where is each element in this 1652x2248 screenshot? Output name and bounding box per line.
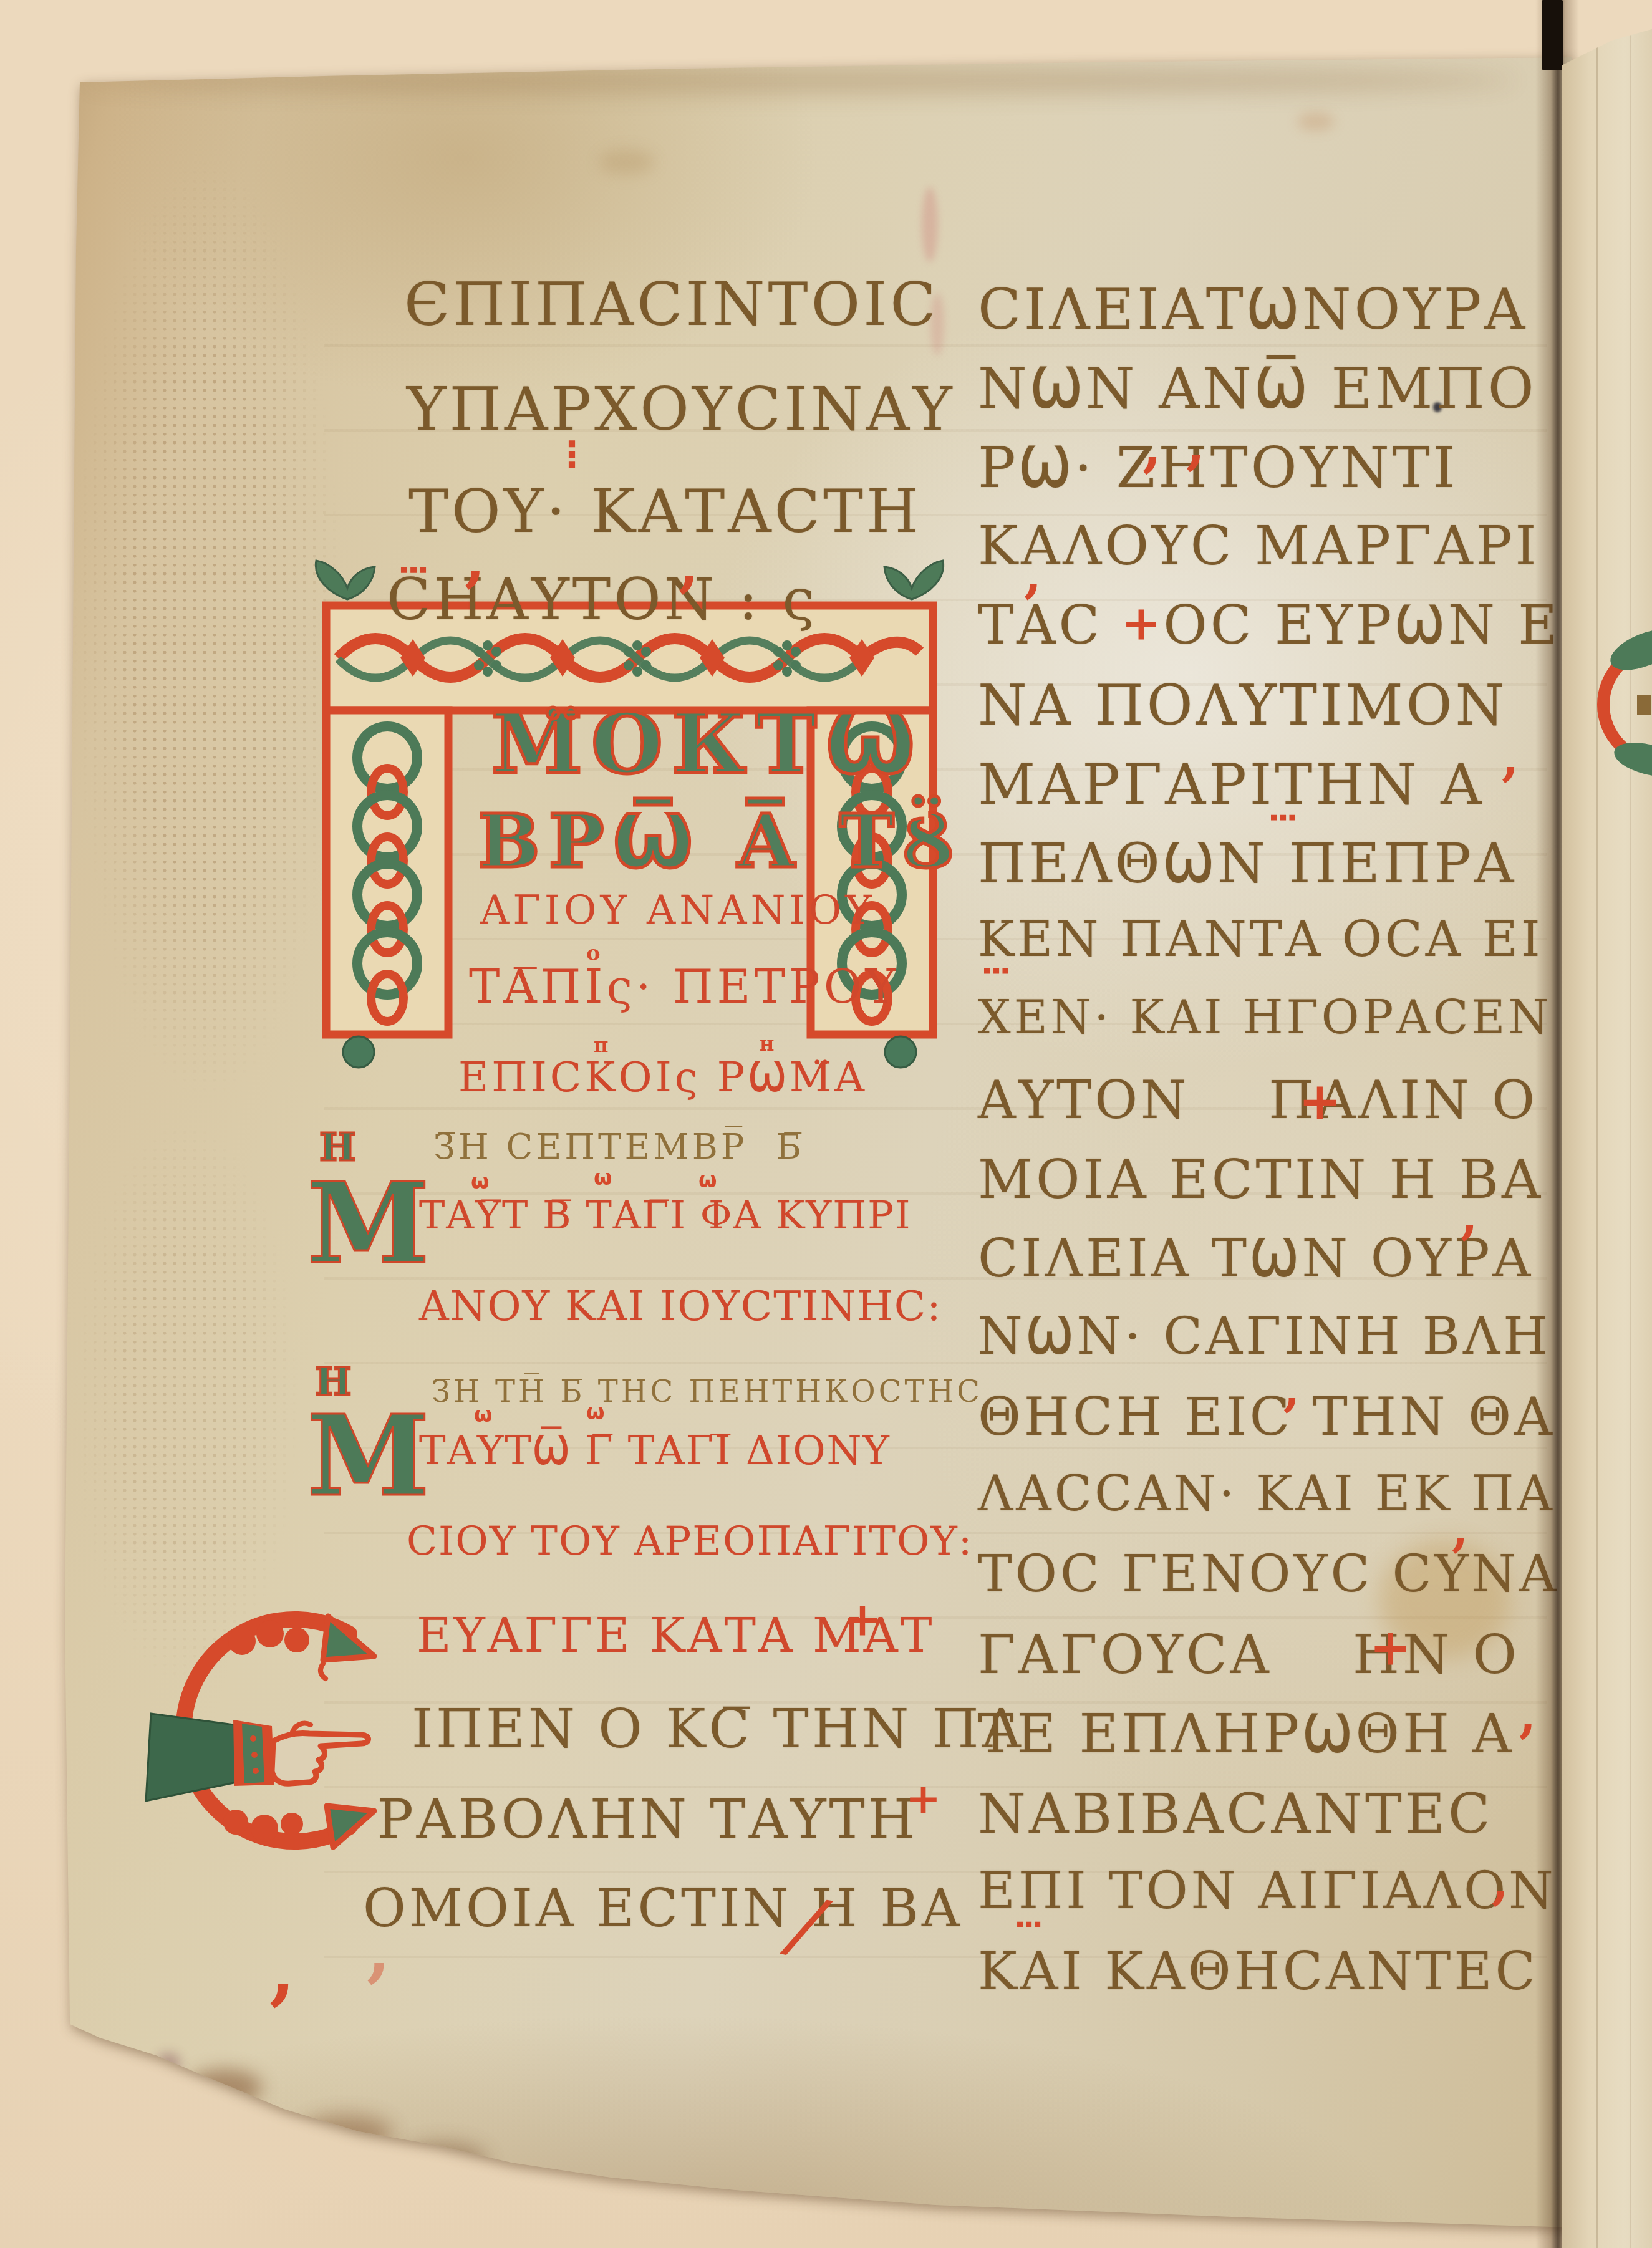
- scribal-mark: ѡ: [586, 1402, 605, 1423]
- text-line: ΥΠΑΡΧΟΥϹΙΝΑΥ: [407, 379, 955, 439]
- scribal-mark: о: [586, 943, 601, 964]
- text-line: ΕΠΙ ΤΟΝ ΑΙΓΙΑΛΟΝ: [978, 1866, 1557, 1917]
- text-line: ΡΑΒΟΛΗΝ ΤΑΥΤΗ: [377, 1793, 918, 1846]
- stain: [1297, 112, 1335, 131]
- stain: [342, 2150, 385, 2181]
- text-line: ЄΠΙΠΑϹΙΝΤΟΙϹ: [404, 274, 939, 334]
- text-line: ΛΑϹϹΑΝ· ΚΑΙ ΕΚ ΠΑ: [978, 1470, 1555, 1518]
- scribal-mark: ,: [1502, 733, 1519, 783]
- scribal-mark: ⋮: [554, 437, 590, 473]
- scribal-mark: ⋮: [980, 955, 1012, 987]
- text-line: ΙΠΕΝ Ο ΚϹ̅ ΤΗΝ ΠΑ: [412, 1702, 1024, 1756]
- headpiece-title-line1: М̈ОКТѠ: [491, 703, 924, 786]
- text-line: ΠΕΛΘѠΝ ΠΕΠΡΑ: [978, 836, 1517, 891]
- text-line: ΜΑΡΓΑΡΙΤΗΝ Α: [978, 757, 1484, 813]
- scribal-mark: п: [594, 1035, 608, 1055]
- text-line: ϹΙΛΕΙΑ ΤѠΝ ΟΥΡΑ: [978, 1232, 1534, 1285]
- scribal-mark: +: [1298, 1076, 1341, 1127]
- text-line: ΟΜΟΙΑ ΕϹΤΙΝ Η ΒΑ: [363, 1882, 963, 1934]
- fold-crease: [1596, 0, 1598, 2248]
- parchment-folio: М̈ОКТѠ ВРѠ̅ А̅ ТȢ̈ ΑΓΙΟΥ ΑΝΑΝΙΟΥ ΤΑ̅ΠΙς·…: [0, 0, 1652, 2248]
- text-line: ϹΙΟΥ ΤΟΥ ΑΡΕΟΠΑΓΙΤΟΥ:: [407, 1522, 973, 1561]
- parchment-folio-wrap: М̈ОКТѠ ВРѠ̅ А̅ ТȢ̈ ΑΓΙΟΥ ΑΝΑΝΙΟΥ ΤΑ̅ΠΙς·…: [0, 0, 1652, 2248]
- stain: [156, 2053, 181, 2074]
- headpiece-subtitle-line1: ΑΓΙΟΥ ΑΝΑΝΙΟΥ: [480, 890, 875, 930]
- scribal-mark: ⋮: [1267, 802, 1298, 833]
- marginal-initial: М: [307, 1406, 430, 1506]
- scribal-mark: ,: [1492, 1858, 1509, 1907]
- text-line: ΤΑϹ ΟϹ ΕΥΡѠΝ Ε: [978, 599, 1560, 652]
- text-line: ϹΗΑΥΤΟΝ : ς: [387, 571, 818, 629]
- stain: [599, 150, 655, 175]
- scribal-mark: +: [1369, 1623, 1411, 1672]
- scribal-mark: ,: [1186, 417, 1205, 471]
- text-line: ΤΟΥ· ΚΑΤΑϹΤΗ: [408, 481, 922, 541]
- text-line: ΤΟϹ ΓΕΝΟΥϹ ϹΥΝΑ: [978, 1549, 1559, 1600]
- text-line: ΝѠΝ ΑΝѠ̅ ΕΜΠΟ: [978, 361, 1537, 417]
- stain: [299, 2115, 393, 2153]
- gutter-slit: [1542, 0, 1563, 70]
- marginal-initial: М: [307, 1174, 430, 1273]
- scribal-mark: ,: [1519, 1691, 1536, 1740]
- text-line: ΤΑΥ̅Τ Β̅ ΤΑΓ̅Ι ΦΑ ΚΥΠΡΙ: [419, 1196, 912, 1235]
- headpiece-subtitle-line2: ΤΑ̅ΠΙς· ΠΕΤΡΟΥ: [469, 964, 899, 1010]
- scribal-mark: ѡ: [698, 1170, 717, 1191]
- scribal-mark: ,: [1024, 549, 1042, 600]
- facing-folio-edge: [1562, 0, 1652, 2248]
- text-line: З̅Н ТН̅ Б̅ ТНС ПЕНТНКОСТНС: [432, 1377, 983, 1407]
- scribal-mark: ,: [269, 1933, 296, 2008]
- stain: [922, 187, 938, 262]
- text-line: ΝΑΒΙΒΑϹΑΝΤΕϹ: [978, 1787, 1493, 1841]
- facing-page-initial-icon: [1575, 629, 1651, 781]
- stain: [81, 67, 1515, 94]
- scribal-mark: +: [1121, 600, 1161, 647]
- text-line: ΤΑΥΤѠ̅ Γ̅ ΤΑΓΙ̅ ΔΙΟΝΥ: [419, 1431, 891, 1471]
- text-line: ΤΕ ΕΠΛΗΡѠΘΗ Α: [978, 1707, 1514, 1761]
- scribal-mark: ,: [1142, 419, 1162, 474]
- stain: [215, 2164, 238, 2183]
- manuscript-photo: { "document": { "type": "Greek gospel le…: [0, 0, 1652, 2248]
- scribal-mark: ,: [679, 535, 699, 594]
- text-line: ΘΗϹΗ ΕΙϹ ΤΗΝ ΘΑ: [978, 1391, 1555, 1443]
- stain: [187, 2069, 262, 2106]
- scribal-mark: ,: [1461, 1191, 1478, 1241]
- text-line: ΜΟΙΑ ΕϹΤΙΝ Η ΒΑ: [978, 1153, 1543, 1207]
- scribal-mark: ⋮: [397, 554, 429, 586]
- scribal-mark: ,: [465, 530, 485, 589]
- text-line: ΑΥΤΟΝ ΠΑΛΙΝ Ο: [978, 1074, 1538, 1126]
- scribal-mark: ,: [1283, 1366, 1300, 1413]
- fold-crease: [1630, 0, 1631, 2248]
- stain: [254, 2119, 292, 2148]
- text-line: ΑΝΟΥ ΚΑΙ ΙΟΥϹΤΙΝΗϹ:: [419, 1286, 942, 1327]
- epsilon-hand-initial-icon: [142, 1584, 404, 1877]
- text-line: ΚΕΝ ΠΑΝΤΑ ΟϹΑ ΕΙ: [978, 915, 1543, 964]
- text-line: ΚΑΛΟΥϹ ΜΑΡΓΑΡΙ: [978, 519, 1540, 573]
- text-line: ΧΕΝ· ΚΑΙ ΗΓΟΡΑϹΕΝ: [978, 995, 1552, 1041]
- scribal-mark: ,: [1452, 1506, 1468, 1553]
- stain: [417, 2169, 444, 2191]
- text-line: ΓΑΓΟΥϹΑ ΗΝ Ο: [978, 1628, 1520, 1682]
- text-line: ΝѠΝ· ϹΑΓΙΝΗ ΒΛΗ: [978, 1311, 1551, 1363]
- scribal-mark: ѡ: [471, 1171, 490, 1192]
- scribal-mark: +: [906, 1777, 941, 1820]
- text-line: ΚΑΙ ΚΑΘΗϹΑΝΤΕϹ: [978, 1945, 1538, 1997]
- parchment-grain-texture: [74, 162, 342, 1097]
- text-line: ϹΙΛΕΙΑΤѠΝΟΥΡΑ: [978, 282, 1528, 338]
- scribal-mark: н: [760, 1034, 774, 1054]
- scribal-mark: ⋮: [1013, 1909, 1043, 1939]
- text-line: ΝΑ ΠΟΛΥΤΙΜΟΝ: [978, 678, 1507, 734]
- text-line: ΡѠ· ΖΗΤΟΥΝΤΙ: [978, 440, 1458, 496]
- stain: [399, 2143, 486, 2178]
- headpiece-title-line2: ВРѠ̅ А̅ ТȢ̈: [478, 804, 963, 878]
- scribal-mark: ѡ: [474, 1404, 493, 1426]
- text-line: З̅Н СЕПТЕМВР̅ Б̅: [433, 1130, 804, 1165]
- text-line: ΕΠΙϹΚΟΙς ΡѠΜ̈Α: [458, 1057, 867, 1098]
- scribal-mark: ,: [367, 1916, 390, 1984]
- scribal-mark: ѡ: [594, 1167, 612, 1189]
- scribal-mark: +: [843, 1596, 882, 1643]
